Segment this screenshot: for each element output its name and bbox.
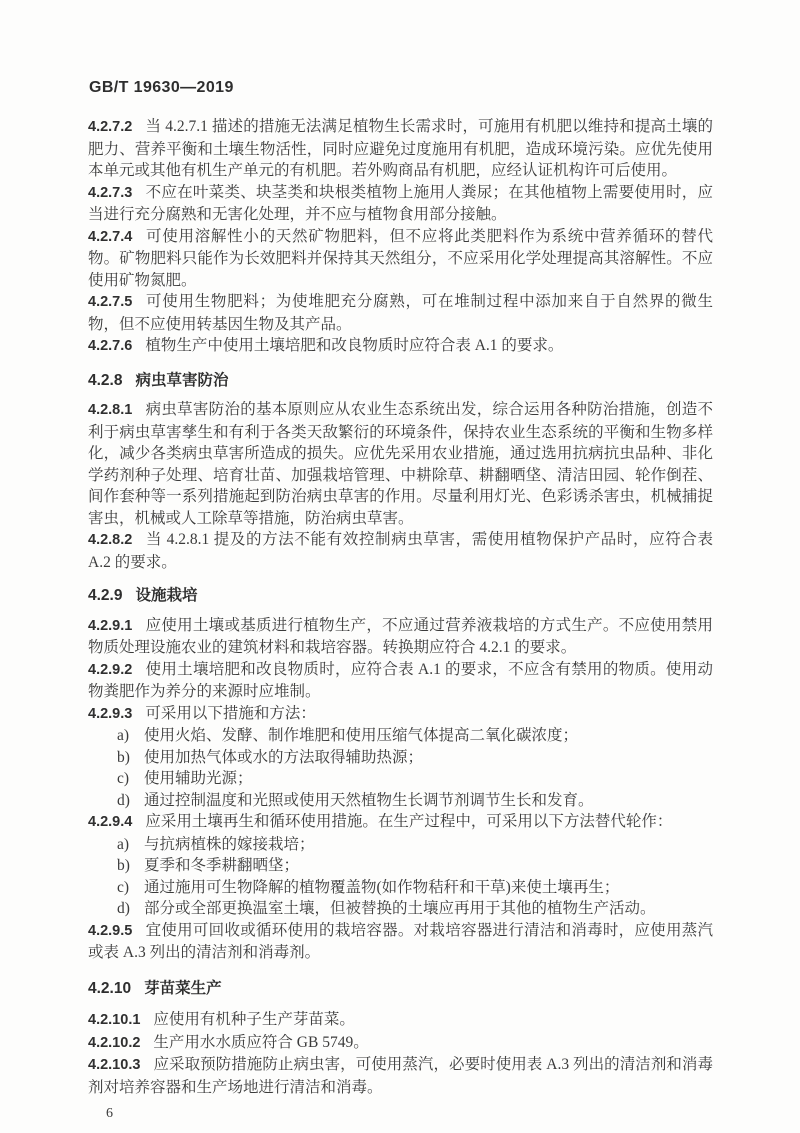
heading-number: 4.2.9 — [88, 587, 135, 604]
clause-number: 4.2.9.1 — [88, 618, 145, 634]
clause-number: 4.2.8.2 — [88, 532, 145, 548]
list-item: d)通过控制温度和光照或使用天然植物生长调节剂调节生长和发育。 — [88, 790, 713, 812]
clause-number: 4.2.10.1 — [88, 1012, 153, 1028]
list-item: b)使用加热气体或水的方法取得辅助热源； — [88, 747, 713, 769]
clause-4-2-9-3: 4.2.9.3可采用以下措施和方法： — [88, 703, 713, 726]
clause-4-2-9-4-list: a)与抗病植株的嫁接栽培； b)夏季和冬季耕翻晒垡； c)通过施用可生物降解的植… — [88, 834, 713, 920]
clause-text: 可使用生物肥料；为使堆肥充分腐熟，可在堆制过程中添加来自于自然界的微生物，但不应… — [88, 293, 713, 333]
clause-number: 4.2.7.6 — [88, 338, 145, 354]
list-item-text: 通过施用可生物降解的植物覆盖物(如作物秸秆和干草)来使土壤再生； — [144, 877, 713, 899]
clause-text: 使用土壤培肥和改良物质时，应符合表 A.1 的要求，不应含有禁用的物质。使用动物… — [88, 661, 713, 701]
clause-number: 4.2.9.2 — [88, 662, 145, 678]
heading-text: 病虫草害防治 — [135, 372, 228, 389]
list-item: a)使用火焰、发酵、制作堆肥和使用压缩气体提高二氧化碳浓度； — [88, 725, 713, 747]
clause-text: 不应在叶菜类、块茎类和块根类植物上施用人粪尿；在其他植物上需要使用时，应当进行充… — [88, 184, 713, 224]
heading-4-2-8: 4.2.8病虫草害防治 — [88, 370, 713, 392]
heading-text: 设施栽培 — [135, 587, 197, 604]
list-marker: b) — [117, 855, 144, 877]
clause-number: 4.2.10.2 — [88, 1035, 153, 1051]
heading-number: 4.2.10 — [88, 980, 144, 997]
list-marker: a) — [117, 834, 144, 856]
clause-text: 应采取预防措施防止病虫害，可使用蒸汽，必要时使用表 A.3 列出的清洁剂和消毒剂… — [88, 1056, 713, 1096]
clause-number: 4.2.7.4 — [88, 229, 145, 245]
list-marker: c) — [117, 877, 144, 899]
clause-number: 4.2.10.3 — [88, 1057, 153, 1073]
heading-4-2-9: 4.2.9设施栽培 — [88, 585, 713, 607]
document-body: 4.2.7.2当 4.2.7.1 描述的措施无法满足植物生长需求时，可施用有机肥… — [88, 116, 713, 1098]
clause-4-2-9-5: 4.2.9.5宜使用可回收或循环使用的栽培容器。对栽培容器进行清洁和消毒时，应使… — [88, 920, 713, 964]
clause-text: 当 4.2.7.1 描述的措施无法满足植物生长需求时，可施用有机肥以维持和提高土… — [88, 118, 713, 179]
list-item-text: 与抗病植株的嫁接栽培； — [144, 834, 713, 856]
clause-number: 4.2.7.3 — [88, 185, 145, 201]
list-item: b)夏季和冬季耕翻晒垡； — [88, 855, 713, 877]
list-item: c)使用辅助光源； — [88, 768, 713, 790]
clause-4-2-8-2: 4.2.8.2当 4.2.8.1 提及的方法不能有效控制病虫草害，需使用植物保护… — [88, 529, 713, 573]
clause-text: 应采用土壤再生和循环使用措施。在生产过程中，可采用以下方法替代轮作： — [145, 813, 672, 830]
clause-4-2-9-1: 4.2.9.1应使用土壤或基质进行植物生产，不应通过营养液栽培的方式生产。不应使… — [88, 615, 713, 659]
list-item: d)部分或全部更换温室土壤，但被替换的土壤应再用于其他的植物生产活动。 — [88, 898, 713, 920]
clause-number: 4.2.9.5 — [88, 923, 145, 939]
clause-4-2-8-1: 4.2.8.1病虫草害防治的基本原则应从农业生态系统出发，综合运用各种防治措施，… — [88, 399, 713, 529]
clause-number: 4.2.9.3 — [88, 706, 145, 722]
clause-number: 4.2.8.1 — [88, 402, 145, 418]
list-marker: b) — [117, 747, 144, 769]
clause-text: 宜使用可回收或循环使用的栽培容器。对栽培容器进行清洁和消毒时，应使用蒸汽或表 A… — [88, 922, 713, 962]
list-item-text: 部分或全部更换温室土壤，但被替换的土壤应再用于其他的植物生产活动。 — [144, 898, 713, 920]
list-item-text: 通过控制温度和光照或使用天然植物生长调节剂调节生长和发育。 — [144, 790, 713, 812]
clause-4-2-9-3-list: a)使用火焰、发酵、制作堆肥和使用压缩气体提高二氧化碳浓度； b)使用加热气体或… — [88, 725, 713, 811]
list-marker: a) — [117, 725, 144, 747]
document-page: GB/T 19630—2019 4.2.7.2当 4.2.7.1 描述的措施无法… — [0, 0, 800, 1133]
clause-text: 可采用以下措施和方法： — [145, 705, 316, 722]
list-marker: d) — [117, 790, 144, 812]
list-item-text: 使用火焰、发酵、制作堆肥和使用压缩气体提高二氧化碳浓度； — [144, 725, 713, 747]
clause-4-2-9-4: 4.2.9.4应采用土壤再生和循环使用措施。在生产过程中，可采用以下方法替代轮作… — [88, 811, 713, 834]
page-number: 6 — [106, 1104, 713, 1124]
clause-number: 4.2.7.5 — [88, 294, 145, 310]
heading-number: 4.2.8 — [88, 372, 135, 389]
clause-4-2-7-6: 4.2.7.6植物生产中使用土壤培肥和改良物质时应符合表 A.1 的要求。 — [88, 335, 713, 358]
clause-4-2-9-2: 4.2.9.2使用土壤培肥和改良物质时，应符合表 A.1 的要求，不应含有禁用的… — [88, 659, 713, 703]
clause-text: 病虫草害防治的基本原则应从农业生态系统出发，综合运用各种防治措施，创造不利于病虫… — [88, 401, 713, 527]
list-item-text: 使用加热气体或水的方法取得辅助热源； — [144, 747, 713, 769]
heading-4-2-10: 4.2.10芽苗菜生产 — [88, 978, 713, 1000]
clause-4-2-10-3: 4.2.10.3应采取预防措施防止病虫害，可使用蒸汽，必要时使用表 A.3 列出… — [88, 1054, 713, 1098]
list-item-text: 使用辅助光源； — [144, 768, 713, 790]
clause-text: 应使用有机种子生产芽苗菜。 — [153, 1011, 355, 1028]
clause-text: 植物生产中使用土壤培肥和改良物质时应符合表 A.1 的要求。 — [145, 337, 563, 354]
clause-4-2-10-2: 4.2.10.2生产用水水质应符合 GB 5749。 — [88, 1032, 713, 1055]
clause-4-2-7-4: 4.2.7.4可使用溶解性小的天然矿物肥料，但不应将此类肥料作为系统中营养循环的… — [88, 226, 713, 292]
list-item-text: 夏季和冬季耕翻晒垡； — [144, 855, 713, 877]
standard-number-header: GB/T 19630—2019 — [89, 80, 713, 96]
clause-text: 生产用水水质应符合 GB 5749。 — [153, 1034, 368, 1051]
clause-4-2-7-3: 4.2.7.3不应在叶菜类、块茎类和块根类植物上施用人粪尿；在其他植物上需要使用… — [88, 182, 713, 226]
heading-text: 芽苗菜生产 — [144, 980, 222, 997]
list-item: a)与抗病植株的嫁接栽培； — [88, 834, 713, 856]
clause-number: 4.2.9.4 — [88, 814, 145, 830]
clause-text: 应使用土壤或基质进行植物生产，不应通过营养液栽培的方式生产。不应使用禁用物质处理… — [88, 617, 713, 657]
clause-text: 当 4.2.8.1 提及的方法不能有效控制病虫草害，需使用植物保护产品时，应符合… — [88, 531, 713, 571]
list-marker: c) — [117, 768, 144, 790]
clause-text: 可使用溶解性小的天然矿物肥料，但不应将此类肥料作为系统中营养循环的替代物。矿物肥… — [88, 228, 713, 289]
clause-4-2-10-1: 4.2.10.1应使用有机种子生产芽苗菜。 — [88, 1009, 713, 1032]
clause-4-2-7-5: 4.2.7.5可使用生物肥料；为使堆肥充分腐熟，可在堆制过程中添加来自于自然界的… — [88, 291, 713, 335]
clause-number: 4.2.7.2 — [88, 119, 145, 135]
list-marker: d) — [117, 898, 144, 920]
clause-4-2-7-2: 4.2.7.2当 4.2.7.1 描述的措施无法满足植物生长需求时，可施用有机肥… — [88, 116, 713, 182]
list-item: c)通过施用可生物降解的植物覆盖物(如作物秸秆和干草)来使土壤再生； — [88, 877, 713, 899]
